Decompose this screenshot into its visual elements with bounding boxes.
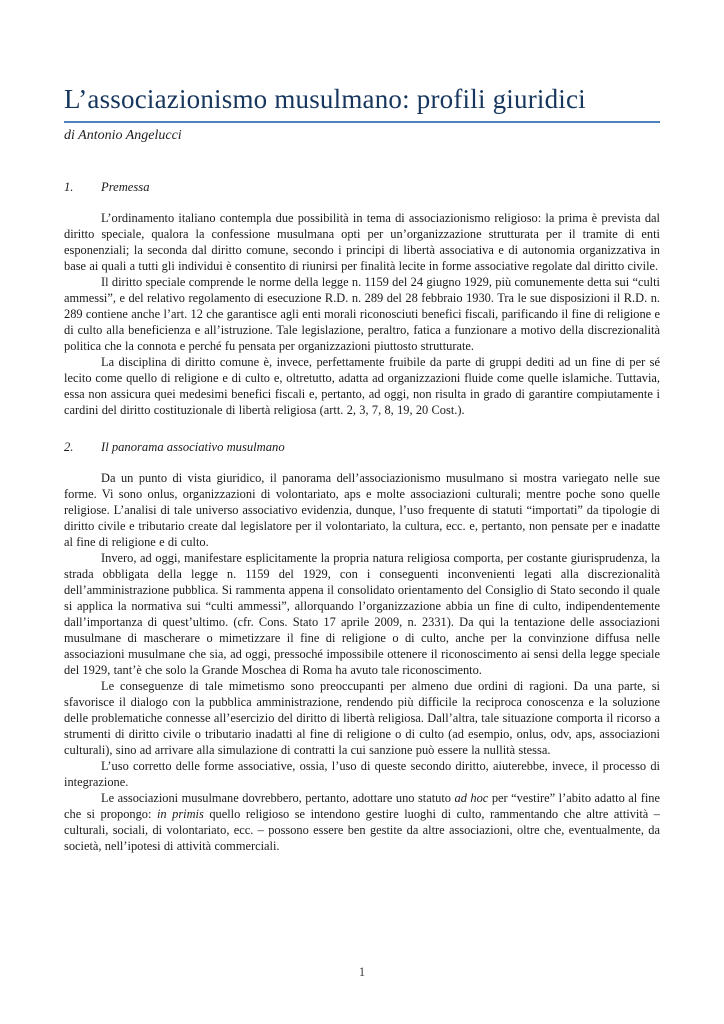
section-title: Premessa xyxy=(101,179,150,195)
title-rule xyxy=(64,121,660,123)
paragraph: Da un punto di vista giuridico, il panor… xyxy=(64,470,660,550)
section-title: Il panorama associativo musulmano xyxy=(101,439,285,455)
paragraph: Il diritto speciale comprende le norme d… xyxy=(64,274,660,354)
section-number: 1. xyxy=(64,179,101,195)
paragraph: L’uso corretto delle forme associative, … xyxy=(64,758,660,790)
page-number: 1 xyxy=(0,965,724,980)
section-heading-1: 1. Premessa xyxy=(64,179,660,195)
author-byline: di Antonio Angelucci xyxy=(64,128,660,144)
paragraph: Le conseguenze di tale mimetismo sono pr… xyxy=(64,678,660,758)
paragraph: Invero, ad oggi, manifestare esplicitame… xyxy=(64,550,660,678)
page-title: L’associazionismo musulmano: profili giu… xyxy=(64,84,660,115)
paragraph: La disciplina di diritto comune è, invec… xyxy=(64,354,660,418)
section-panorama-associativo: 2. Il panorama associativo musulmano Da … xyxy=(64,439,660,854)
paragraph: Le associazioni musulmane dovrebbero, pe… xyxy=(64,790,660,854)
section-number: 2. xyxy=(64,439,101,455)
section-heading-2: 2. Il panorama associativo musulmano xyxy=(64,439,660,455)
paragraph: L’ordinamento italiano contempla due pos… xyxy=(64,210,660,274)
section-premessa: 1. Premessa L’ordinamento italiano conte… xyxy=(64,179,660,418)
document-page: L’associazionismo musulmano: profili giu… xyxy=(0,0,724,1024)
